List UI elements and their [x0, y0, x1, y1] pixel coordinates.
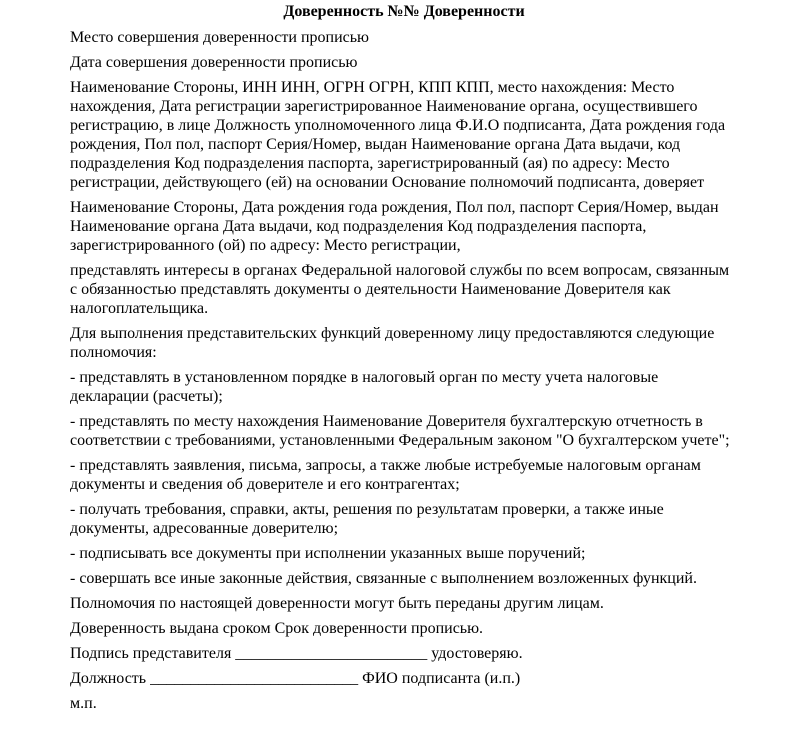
- paragraph-date-of-execution: Дата совершения доверенности прописью: [70, 53, 738, 72]
- paragraph-delegation: Полномочия по настоящей доверенности мог…: [70, 594, 738, 613]
- paragraph-principal-details: Наименование Стороны, ИНН ИНН, ОГРН ОГРН…: [70, 78, 738, 192]
- seal-abbreviation: м.п.: [70, 694, 738, 713]
- document-page: { "colors": { "text": "#000000", "backgr…: [0, 0, 790, 729]
- document-title: Доверенность №№ Доверенности: [70, 2, 738, 21]
- paragraph-representative-details: Наименование Стороны, Дата рождения года…: [70, 198, 738, 255]
- list-item-power-3: - представлять заявления, письма, запрос…: [70, 456, 738, 494]
- power-of-attorney-document: Доверенность №№ Доверенности Место совер…: [0, 0, 790, 713]
- paragraph-purpose: представлять интересы в органах Федераль…: [70, 261, 738, 318]
- signature-line-representative: Подпись представителя __________________…: [70, 644, 738, 663]
- list-item-power-5: - подписывать все документы при исполнен…: [70, 544, 738, 563]
- list-item-power-4: - получать требования, справки, акты, ре…: [70, 500, 738, 538]
- signature-line-official: Должность __________________________ ФИО…: [70, 669, 738, 688]
- paragraph-powers-intro: Для выполнения представительских функций…: [70, 324, 738, 362]
- paragraph-validity-term: Доверенность выдана сроком Срок доверенн…: [70, 619, 738, 638]
- list-item-power-2: - представлять по месту нахождения Наиме…: [70, 412, 738, 450]
- paragraph-place-of-execution: Место совершения доверенности прописью: [70, 28, 738, 47]
- list-item-power-6: - совершать все иные законные действия, …: [70, 569, 738, 588]
- list-item-power-1: - представлять в установленном порядке в…: [70, 368, 738, 406]
